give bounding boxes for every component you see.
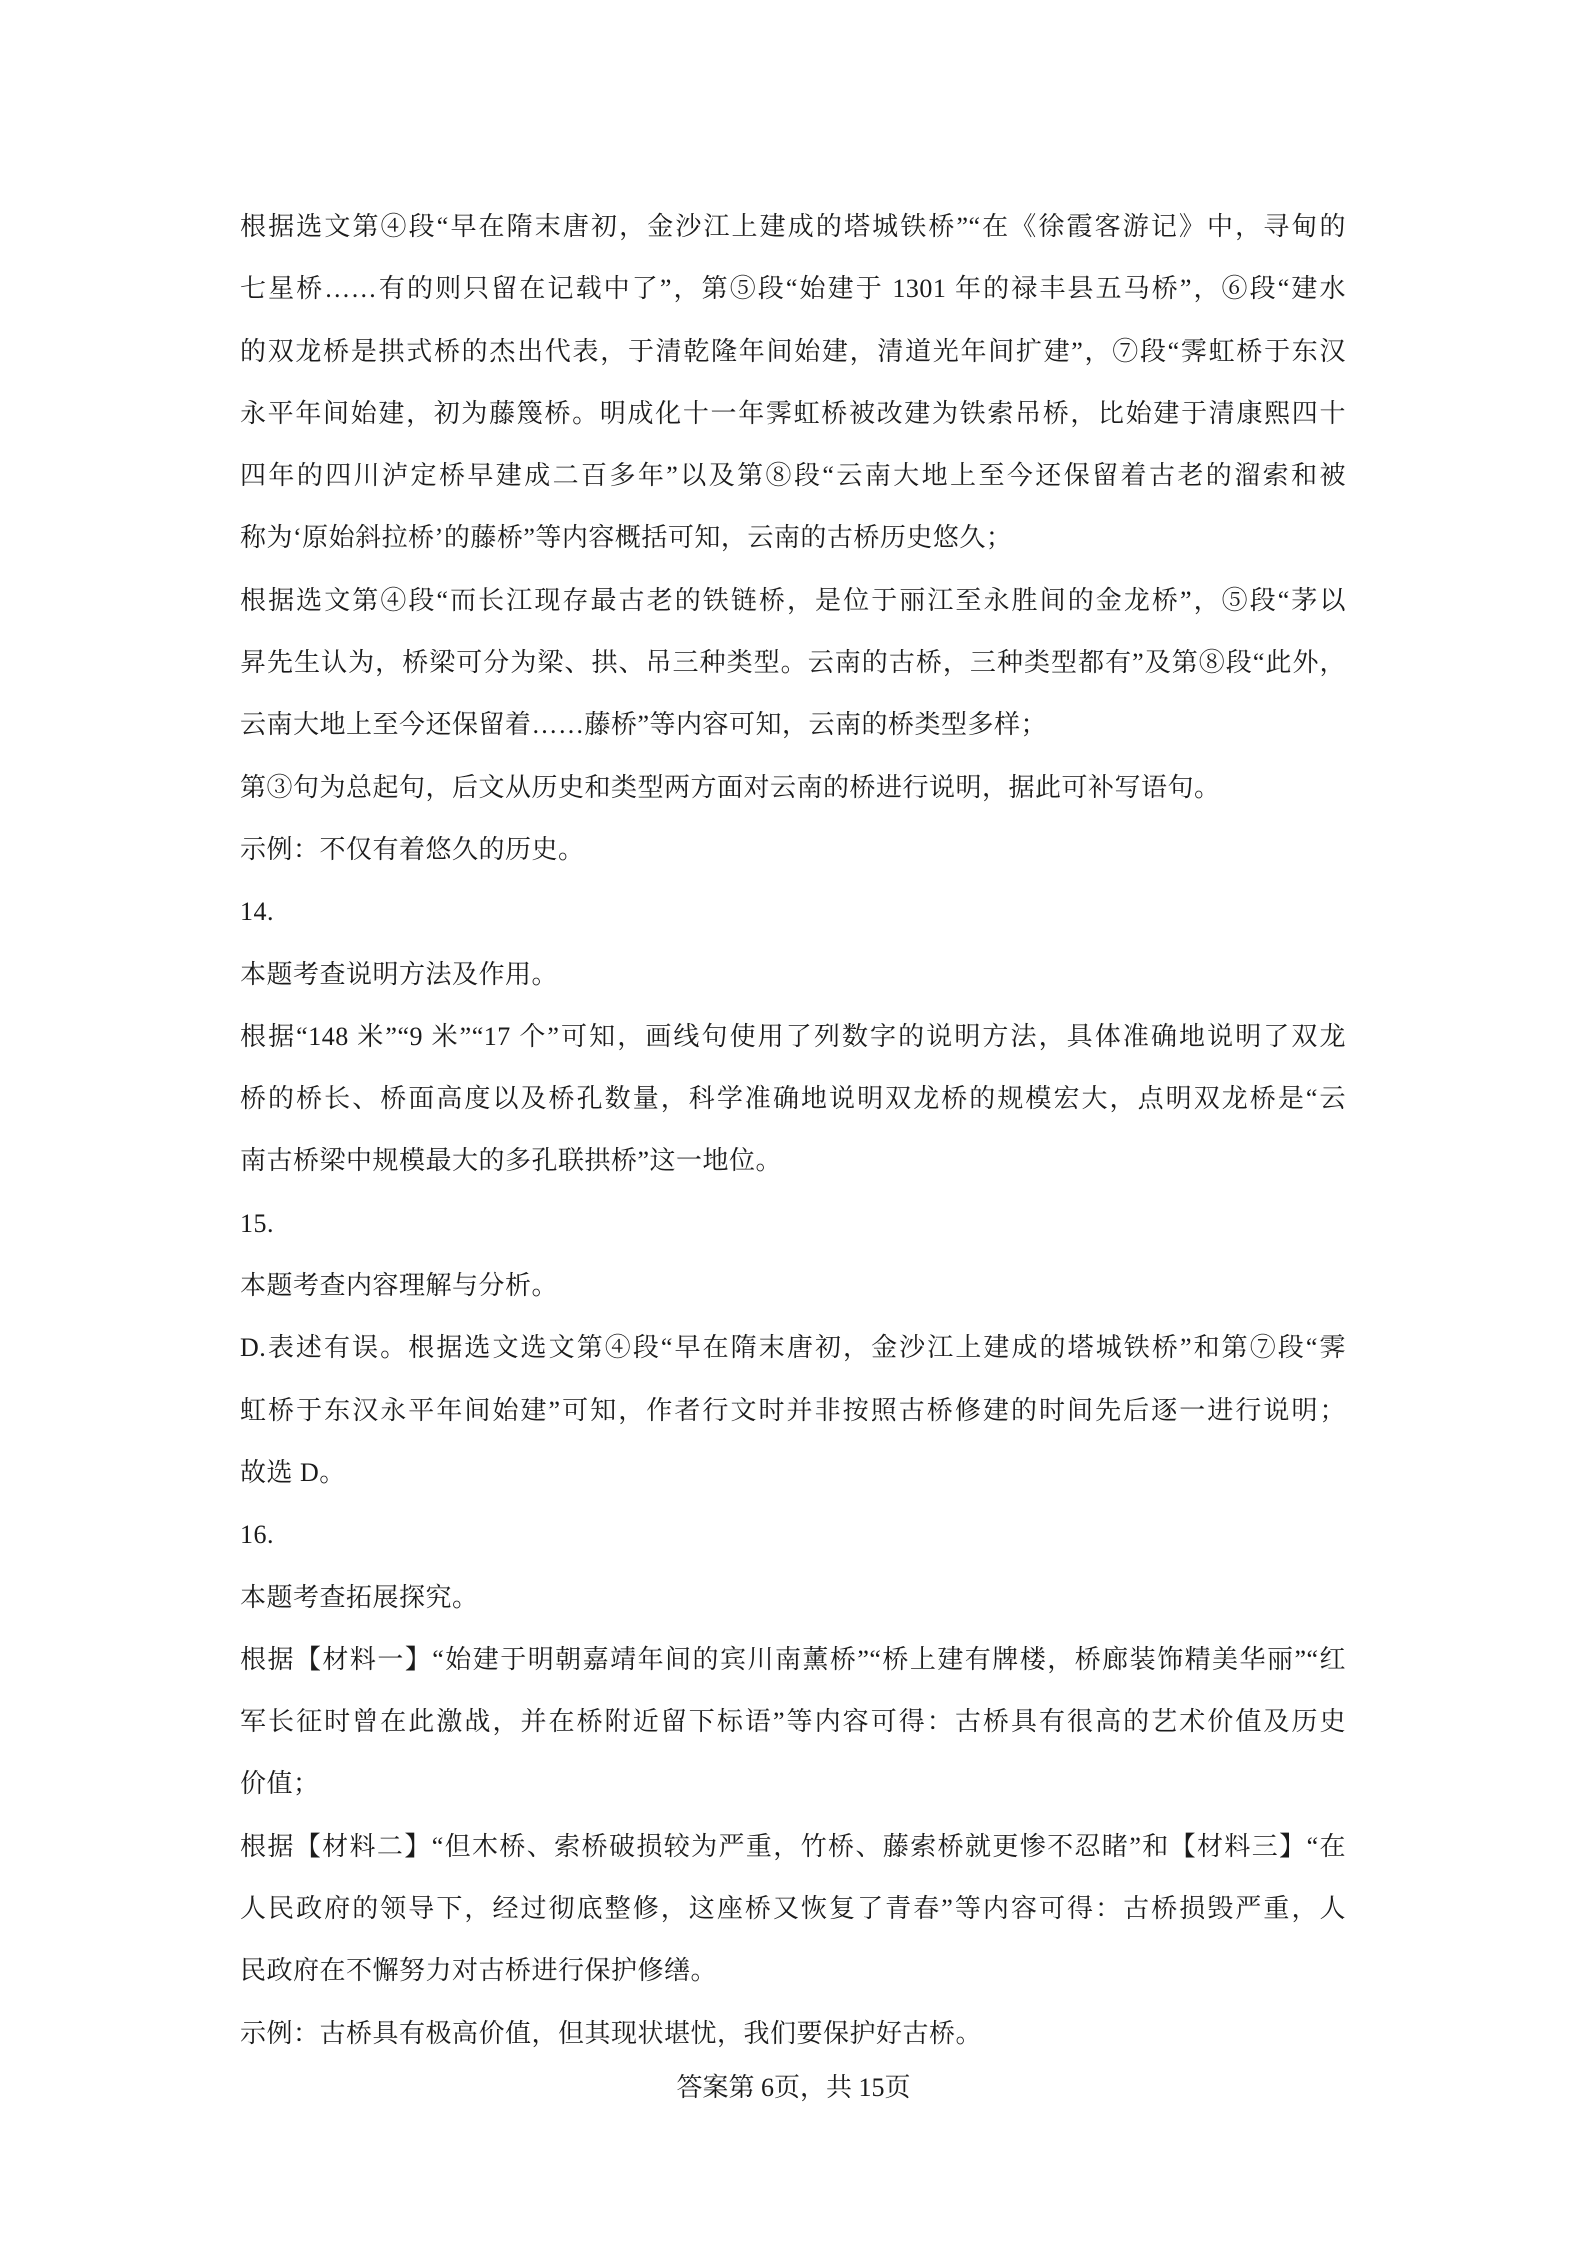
q15-number: 15. bbox=[240, 1193, 1346, 1255]
text-line: 价值； bbox=[240, 1753, 1346, 1815]
text-line: 永平年间始建，初为藤篾桥。明成化十一年霁虹桥被改建为铁索吊桥，比始建于清康熙四十 bbox=[240, 383, 1346, 445]
text-line: 15. bbox=[240, 1193, 1346, 1255]
text-line: 桥的桥长、桥面高度以及桥孔数量，科学准确地说明双龙桥的规模宏大，点明双龙桥是“云 bbox=[240, 1068, 1346, 1130]
answer-13-point-types: 根据选文第④段“而长江现存最古老的铁链桥，是位于丽江至永胜间的金龙桥”，⑤段“茅… bbox=[240, 570, 1346, 757]
text-line: 第③句为总起句，后文从历史和类型两方面对云南的桥进行说明，据此可补写语句。 bbox=[240, 757, 1346, 819]
q14-analysis: 根据“148 米”“9 米”“17 个”可知，画线句使用了列数字的说明方法，具体… bbox=[240, 1006, 1346, 1193]
text-line: 根据选文第④段“而长江现存最古老的铁链桥，是位于丽江至永胜间的金龙桥”，⑤段“茅… bbox=[240, 570, 1346, 632]
text-line: 故选 D。 bbox=[240, 1442, 1346, 1504]
q16-material-1: 根据【材料一】“始建于明朝嘉靖年间的宾川南薰桥”“桥上建有牌楼，桥廊装饰精美华丽… bbox=[240, 1629, 1346, 1816]
text-line: 本题考查内容理解与分析。 bbox=[240, 1255, 1346, 1317]
text-line: 七星桥……有的则只留在记载中了”，第⑤段“始建于 1301 年的禄丰县五马桥”，… bbox=[240, 258, 1346, 320]
text-line: 人民政府的领导下，经过彻底整修，这座桥又恢复了青春”等内容可得：古桥损毁严重，人 bbox=[240, 1878, 1346, 1940]
text-line: 根据选文第④段“早在隋末唐初，金沙江上建成的塔城铁桥”“在《徐霞客游记》中，寻甸… bbox=[240, 196, 1346, 258]
text-line: 示例：古桥具有极高价值，但其现状堪忧，我们要保护好古桥。 bbox=[240, 2003, 1346, 2065]
page-number-text: 答案第 6页，共 15页 bbox=[676, 2073, 910, 2102]
text-line: 称为‘原始斜拉桥’的藤桥”等内容概括可知，云南的古桥历史悠久； bbox=[240, 507, 1346, 569]
text-line: 四年的四川泸定桥早建成二百多年”以及第⑧段“云南大地上至今还保留着古老的溜索和被 bbox=[240, 445, 1346, 507]
text-line: 军长征时曾在此激战，并在桥附近留下标语”等内容可得：古桥具有很高的艺术价值及历史 bbox=[240, 1691, 1346, 1753]
q15-intro: 本题考查内容理解与分析。 bbox=[240, 1255, 1346, 1317]
q14-number: 14. bbox=[240, 881, 1346, 943]
page-footer: 答案第 6页，共 15页 bbox=[0, 2068, 1587, 2108]
answer-13-analysis: 第③句为总起句，后文从历史和类型两方面对云南的桥进行说明，据此可补写语句。 bbox=[240, 757, 1346, 819]
text-line: 16. bbox=[240, 1504, 1346, 1566]
text-line: 南古桥梁中规模最大的多孔联拱桥”这一地位。 bbox=[240, 1130, 1346, 1192]
q14-intro: 本题考查说明方法及作用。 bbox=[240, 944, 1346, 1006]
text-line: 虹桥于东汉永平年间始建”可知，作者行文时并非按照古桥修建的时间先后逐一进行说明； bbox=[240, 1380, 1346, 1442]
text-line: 本题考查说明方法及作用。 bbox=[240, 944, 1346, 1006]
text-line: D.表述有误。根据选文选文第④段“早在隋末唐初，金沙江上建成的塔城铁桥”和第⑦段… bbox=[240, 1317, 1346, 1379]
text-line: 根据【材料二】“但木桥、索桥破损较为严重，竹桥、藤索桥就更惨不忍睹”和【材料三】… bbox=[240, 1816, 1346, 1878]
q15-analysis: D.表述有误。根据选文选文第④段“早在隋末唐初，金沙江上建成的塔城铁桥”和第⑦段… bbox=[240, 1317, 1346, 1504]
answer-13-point-history: 根据选文第④段“早在隋末唐初，金沙江上建成的塔城铁桥”“在《徐霞客游记》中，寻甸… bbox=[240, 196, 1346, 570]
answer-13-example: 示例：不仅有着悠久的历史。 bbox=[240, 819, 1346, 881]
text-line: 云南大地上至今还保留着……藤桥”等内容可知，云南的桥类型多样； bbox=[240, 694, 1346, 756]
text-line: 本题考查拓展探究。 bbox=[240, 1567, 1346, 1629]
q16-example: 示例：古桥具有极高价值，但其现状堪忧，我们要保护好古桥。 bbox=[240, 2003, 1346, 2065]
text-line: 14. bbox=[240, 881, 1346, 943]
text-line: 根据“148 米”“9 米”“17 个”可知，画线句使用了列数字的说明方法，具体… bbox=[240, 1006, 1346, 1068]
q16-number: 16. bbox=[240, 1504, 1346, 1566]
text-line: 民政府在不懈努力对古桥进行保护修缮。 bbox=[240, 1940, 1346, 2002]
text-line: 昇先生认为，桥梁可分为梁、拱、吊三种类型。云南的古桥，三种类型都有”及第⑧段“此… bbox=[240, 632, 1346, 694]
text-line: 的双龙桥是拱式桥的杰出代表，于清乾隆年间始建，清道光年间扩建”，⑦段“霁虹桥于东… bbox=[240, 321, 1346, 383]
text-line: 根据【材料一】“始建于明朝嘉靖年间的宾川南薰桥”“桥上建有牌楼，桥廊装饰精美华丽… bbox=[240, 1629, 1346, 1691]
q16-intro: 本题考查拓展探究。 bbox=[240, 1567, 1346, 1629]
answer-sheet-page: 根据选文第④段“早在隋末唐初，金沙江上建成的塔城铁桥”“在《徐霞客游记》中，寻甸… bbox=[0, 0, 1587, 2245]
q16-material-2-3: 根据【材料二】“但木桥、索桥破损较为严重，竹桥、藤索桥就更惨不忍睹”和【材料三】… bbox=[240, 1816, 1346, 2003]
text-line: 示例：不仅有着悠久的历史。 bbox=[240, 819, 1346, 881]
answer-text-body: 根据选文第④段“早在隋末唐初，金沙江上建成的塔城铁桥”“在《徐霞客游记》中，寻甸… bbox=[240, 196, 1346, 2065]
